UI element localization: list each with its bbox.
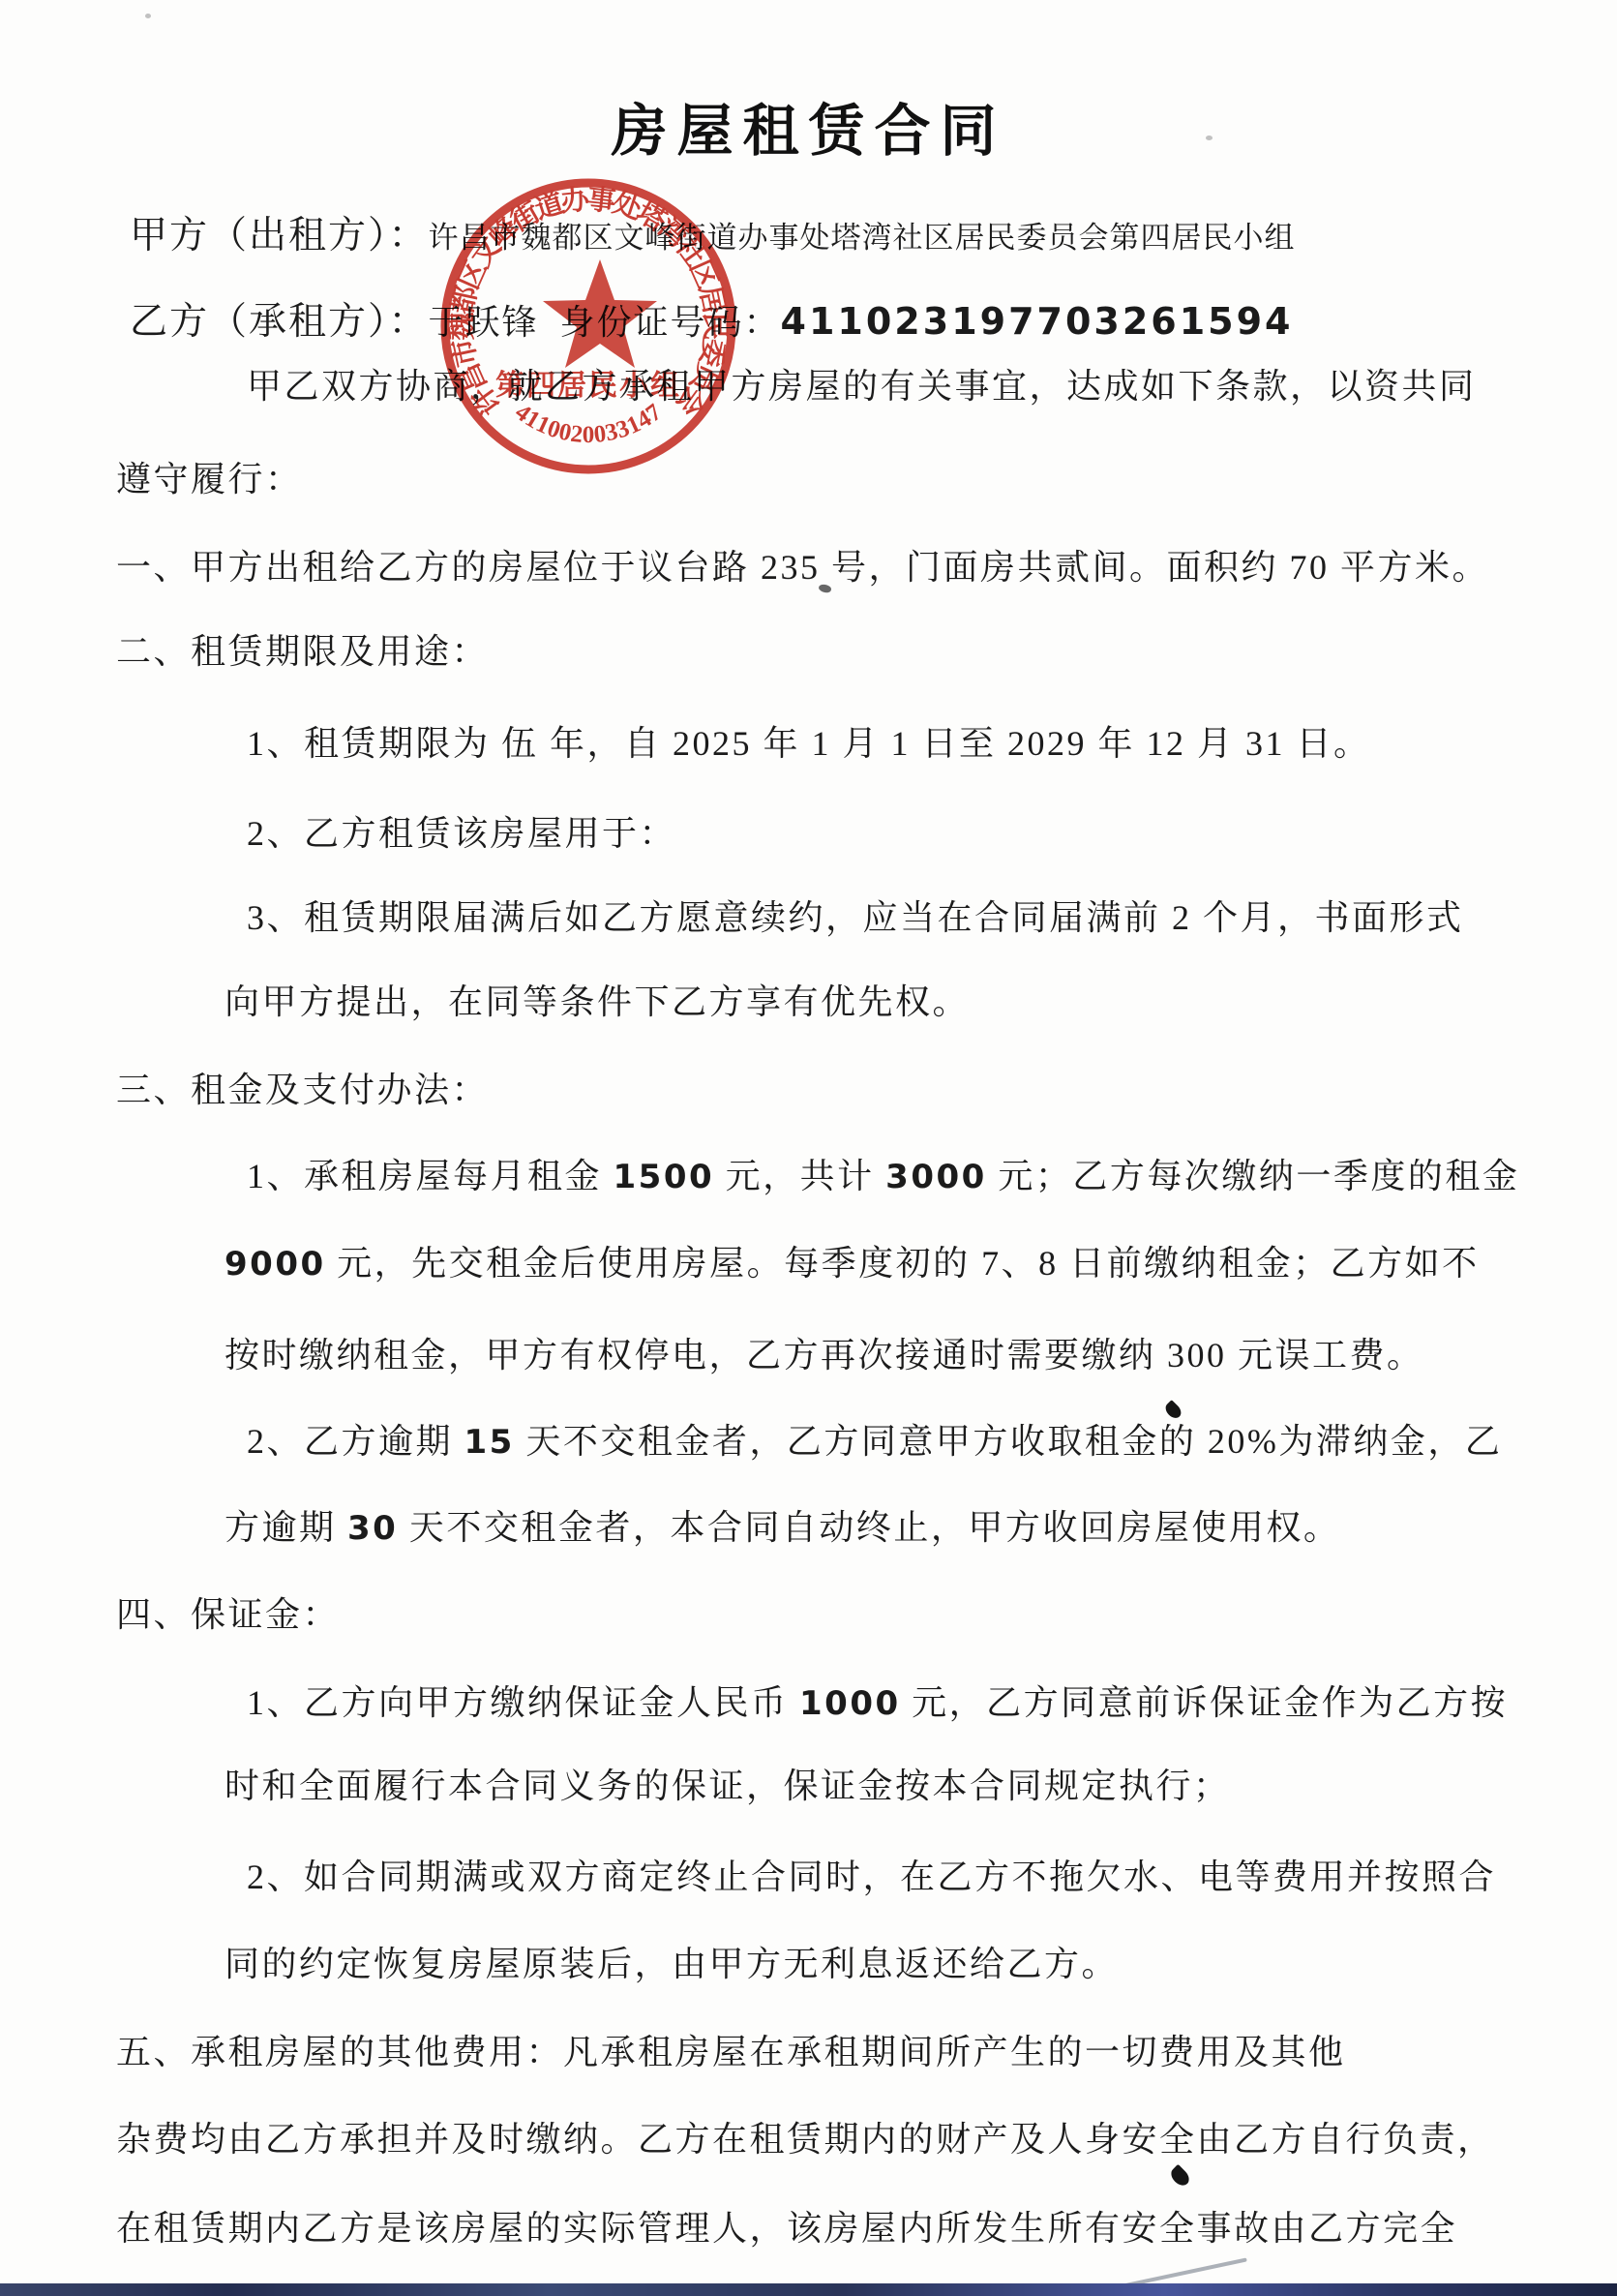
filled-number: 1500 (614, 1158, 715, 1196)
filled-number: 3000 (885, 1158, 987, 1196)
ink-drop (1168, 2164, 1192, 2189)
clause-2-3a: 3、租赁期限届满后如乙方愿意续约，应当在合同届满前 2 个月，书面形式 (247, 897, 1464, 938)
clause-2-head: 二、租赁期限及用途： (116, 631, 489, 672)
clause-text: 元；乙方每次缴纳一季度的租金 (987, 1157, 1520, 1195)
clause-2-1: 1、租赁期限为 伍 年，自 2025 年 1 月 1 日至 2029 年 12 … (247, 723, 1371, 764)
ink-drop (1163, 1400, 1184, 1421)
clause-1: 一、甲方出租给乙方的房屋位于议台路 235 号，门面房共贰间。面积约 70 平方… (116, 547, 1489, 588)
clause-text: 遵守履行： (116, 460, 303, 498)
party-b-id-number: 411023197703261594 (781, 300, 1294, 343)
clause-2-2: 2、乙方租赁该房屋用于： (247, 813, 676, 854)
party-a-label: 甲方（出租方）： (130, 215, 429, 257)
seal-char: 3 (603, 418, 620, 446)
clause-text: 2、乙方逾期 (247, 1422, 464, 1461)
clause-text: 1、乙方向甲方缴纳保证金人民币 (247, 1683, 799, 1722)
party-b-name: 于跃锋 (429, 303, 539, 342)
clause-3-2a: 2、乙方逾期 15 天不交租金者，乙方同意甲方收取租金的 20%为滞纳金，乙 (247, 1421, 1502, 1462)
clause-5c: 在租赁期内乙方是该房屋的实际管理人，该房屋内所发生所有安全事故由乙方完全 (116, 2208, 1457, 2249)
party-a-value: 许昌市魏都区文峰街道办事处塔湾社区居民委员会第四居民小组 (429, 221, 1296, 255)
filled-number: 15 (464, 1423, 515, 1462)
clause-text: 同的约定恢复房屋原装后，由甲方无利息返还给乙方。 (225, 1945, 1119, 1983)
clause-5a: 五、承租房屋的其他费用：凡承租房屋在承租期间所产生的一切费用及其他 (116, 2032, 1346, 2072)
clause-text: 天不交租金者，本合同自动终止，甲方收回房屋使用权。 (398, 1508, 1340, 1547)
clause-text: 时和全面履行本合同义务的保证，保证金按本合同规定执行； (225, 1767, 1231, 1805)
scan-speck (1206, 136, 1213, 140)
party-b-id-label (539, 303, 560, 342)
seal-char: 3 (613, 415, 632, 444)
seal-char: 1 (532, 410, 554, 439)
filled-number: 30 (347, 1509, 398, 1548)
filled-number: 1000 (799, 1684, 901, 1723)
clause-text: 元，共计 (714, 1157, 885, 1195)
clause-text: 二、租赁期限及用途： (116, 632, 489, 671)
clause-text: 杂费均由乙方承担并及时缴纳。乙方在租赁期内的财产及人身安全由乙方自行负责， (116, 2120, 1495, 2159)
scan-speck (145, 14, 151, 18)
seal-char: 0 (592, 421, 607, 448)
clause-4-head: 四、保证金： (116, 1594, 340, 1635)
clause-text: 向甲方提出，在同等条件下乙方享有优先权。 (225, 982, 970, 1021)
clause-text: 1、承租房屋每月租金 (247, 1157, 614, 1195)
clause-4-1a: 1、乙方向甲方缴纳保证金人民币 1000 元，乙方同意前诉保证金作为乙方按 (247, 1682, 1508, 1723)
page-title: 房屋租赁合同 (0, 85, 1617, 166)
clause-text: 元，乙方同意前诉保证金作为乙方按 (901, 1683, 1509, 1722)
clause-text: 在租赁期内乙方是该房屋的实际管理人，该房屋内所发生所有安全事故由乙方完全 (116, 2209, 1457, 2248)
clause-text: 2、乙方租赁该房屋用于： (247, 814, 676, 853)
party-a-line: 甲方（出租方）：许昌市魏都区文峰街道办事处塔湾社区居民委员会第四居民小组 (114, 188, 1296, 277)
seal-char: 1 (521, 406, 545, 435)
contract-page: 房屋租赁合同 甲方（出租方）：许昌市魏都区文峰街道办事处塔湾社区居民委员会第四居… (0, 0, 1617, 2296)
clause-text: 四、保证金： (116, 1595, 340, 1634)
clause-text: 2、如合同期满或双方商定终止合同时，在乙方不拖欠水、电等费用并按照合 (247, 1858, 1496, 1896)
clause-3-1b: 9000 元，先交租金后使用房屋。每季度初的 7、8 日前缴纳租金；乙方如不 (225, 1243, 1480, 1284)
clause-4-1b: 时和全面履行本合同义务的保证，保证金按本合同规定执行； (225, 1766, 1231, 1806)
clause-3-2b: 方逾期 30 天不交租金者，本合同自动终止，甲方收回房屋使用权。 (225, 1507, 1340, 1548)
party-b-id-label-text: 身份证号码： (560, 303, 781, 342)
clause-4-2a: 2、如合同期满或双方商定终止合同时，在乙方不拖欠水、电等费用并按照合 (247, 1857, 1496, 1897)
intro-line-2: 遵守履行： (116, 459, 303, 499)
clause-text: 一、甲方出租给乙方的房屋位于议台路 235 号，门面房共贰间。面积约 70 平方… (116, 548, 1489, 587)
clause-3-head: 三、租金及支付办法： (116, 1070, 489, 1110)
clause-text: 1、租赁期限为 伍 年，自 2025 年 1 月 1 日至 2029 年 12 … (247, 724, 1371, 763)
clause-3-1a: 1、承租房屋每月租金 1500 元，共计 3000 元；乙方每次缴纳一季度的租金 (247, 1156, 1519, 1196)
clause-text: 三、租金及支付办法： (116, 1071, 489, 1109)
seal-char: 0 (544, 415, 563, 444)
filled-number: 9000 (225, 1245, 326, 1284)
clause-3-1c: 按时缴纳租金，甲方有权停电，乙方再次接通时需要缴纳 300 元误工费。 (225, 1335, 1424, 1375)
seal-char: 0 (583, 422, 595, 448)
clause-text: 五、承租房屋的其他费用：凡承租房屋在承租期间所产生的一切费用及其他 (116, 2033, 1346, 2071)
seal-char: 1 (623, 410, 645, 439)
party-b-line: 乙方（承租方）：于跃锋 身份证号码：411023197703261594 (114, 274, 1293, 363)
scan-edge-strip (0, 2283, 1617, 2296)
party-b-label: 乙方（承租方）： (130, 301, 429, 343)
clause-5b: 杂费均由乙方承担并及时缴纳。乙方在租赁期内的财产及人身安全由乙方自行负责， (116, 2119, 1495, 2160)
clause-text: 天不交租金者，乙方同意甲方收取租金的 20%为滞纳金，乙 (515, 1422, 1503, 1461)
seal-char: 4 (632, 406, 656, 435)
clause-text: 甲乙双方协商，就乙方承租甲方房屋的有关事宜，达成如下条款，以资共同 (247, 367, 1477, 406)
clause-2-3b: 向甲方提出，在同等条件下乙方享有优先权。 (225, 982, 970, 1022)
clause-4-2b: 同的约定恢复房屋原装后，由甲方无利息返还给乙方。 (225, 1944, 1119, 1984)
clause-text: 元，先交租金后使用房屋。每季度初的 7、8 日前缴纳租金；乙方如不 (326, 1244, 1480, 1283)
clause-text: 3、租赁期限届满后如乙方愿意续约，应当在合同届满前 2 个月，书面形式 (247, 898, 1464, 937)
clause-text: 按时缴纳租金，甲方有权停电，乙方再次接通时需要缴纳 300 元误工费。 (225, 1336, 1424, 1375)
intro-line-1: 甲乙双方协商，就乙方承租甲方房屋的有关事宜，达成如下条款，以资共同 (247, 366, 1477, 407)
clause-text: 方逾期 (225, 1508, 347, 1547)
seal-char: 2 (569, 421, 584, 448)
seal-char: 0 (556, 418, 574, 446)
